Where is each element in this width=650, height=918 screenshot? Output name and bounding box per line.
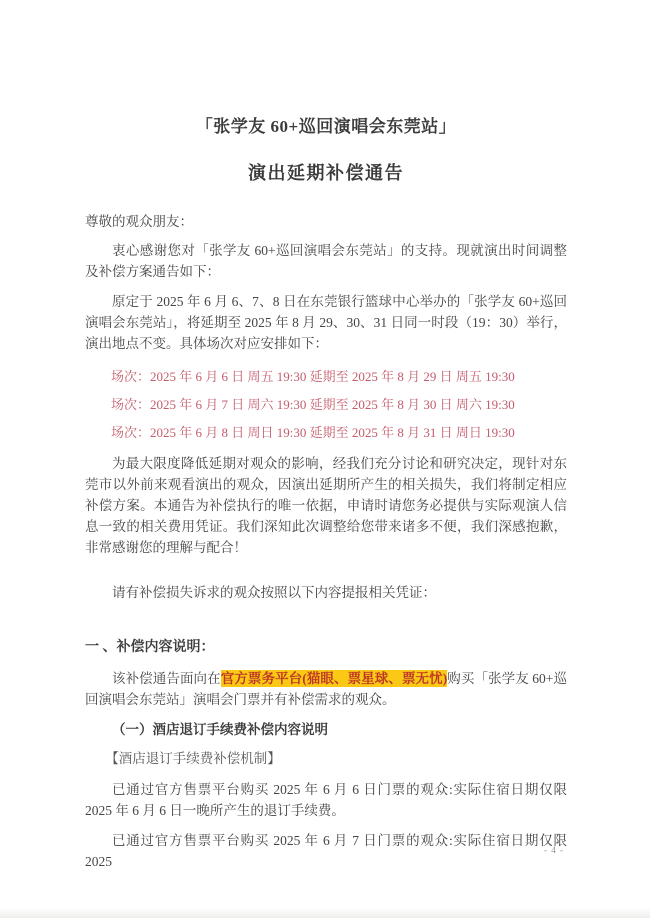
- para-june7: 已通过官方售票平台购买 2025 年 6 月 7 日门票的观众:实际住宿日期仅限…: [85, 830, 567, 872]
- document-page: 「张学友 60+巡回演唱会东莞站」 演出延期补偿通告 尊敬的观众朋友： 衷心感谢…: [0, 0, 650, 918]
- para-request: 请有补偿损失诉求的观众按照以下内容提报相关凭证：: [85, 582, 567, 603]
- para-reschedule: 原定于 2025 年 6 月 6、7、8 日在东莞银行篮球中心举办的「张学友 6…: [85, 291, 567, 354]
- doc-title: 「张学友 60+巡回演唱会东莞站」: [85, 112, 567, 137]
- schedule-list: 场次：2025 年 6 月 6 日 周五 19:30 延期至 2025 年 8 …: [85, 363, 567, 447]
- schedule-line: 场次：2025 年 6 月 7 日 周六 19:30 延期至 2025 年 8 …: [85, 391, 567, 419]
- section-heading-compensation: 一 、补偿内容说明：: [85, 637, 567, 658]
- salutation: 尊敬的观众朋友：: [85, 211, 567, 232]
- bracket-heading-mechanism: 【酒店退订手续费补偿机制】: [85, 748, 567, 769]
- para-scope-prefix: 该补偿通告面向在: [112, 671, 221, 686]
- doc-subtitle: 演出延期补偿通告: [85, 159, 567, 185]
- para-intro: 衷心感谢您对「张学友 60+巡回演唱会东莞站」的支持。现就演出时间调整及补偿方案…: [85, 240, 567, 282]
- para-compensation: 为最大限度降低延期对观众的影响，经我们充分讨论和研究决定，现针对东莞市以外前来观…: [85, 453, 567, 558]
- highlighted-platforms: 官方票务平台(猫眼、票星球、票无忧): [221, 670, 448, 687]
- para-scope: 该补偿通告面向在官方票务平台(猫眼、票星球、票无忧)购买「张学友 60+巡回演唱…: [85, 668, 567, 710]
- page-number: - 4 -: [544, 845, 564, 855]
- schedule-line: 场次：2025 年 6 月 6 日 周五 19:30 延期至 2025 年 8 …: [85, 363, 567, 391]
- para-june6: 已通过官方售票平台购买 2025 年 6 月 6 日门票的观众:实际住宿日期仅限…: [85, 779, 567, 821]
- schedule-line: 场次：2025 年 6 月 8 日 周日 19:30 延期至 2025 年 8 …: [85, 419, 567, 447]
- subsection-heading-hotel: （一）酒店退订手续费补偿内容说明: [85, 719, 567, 740]
